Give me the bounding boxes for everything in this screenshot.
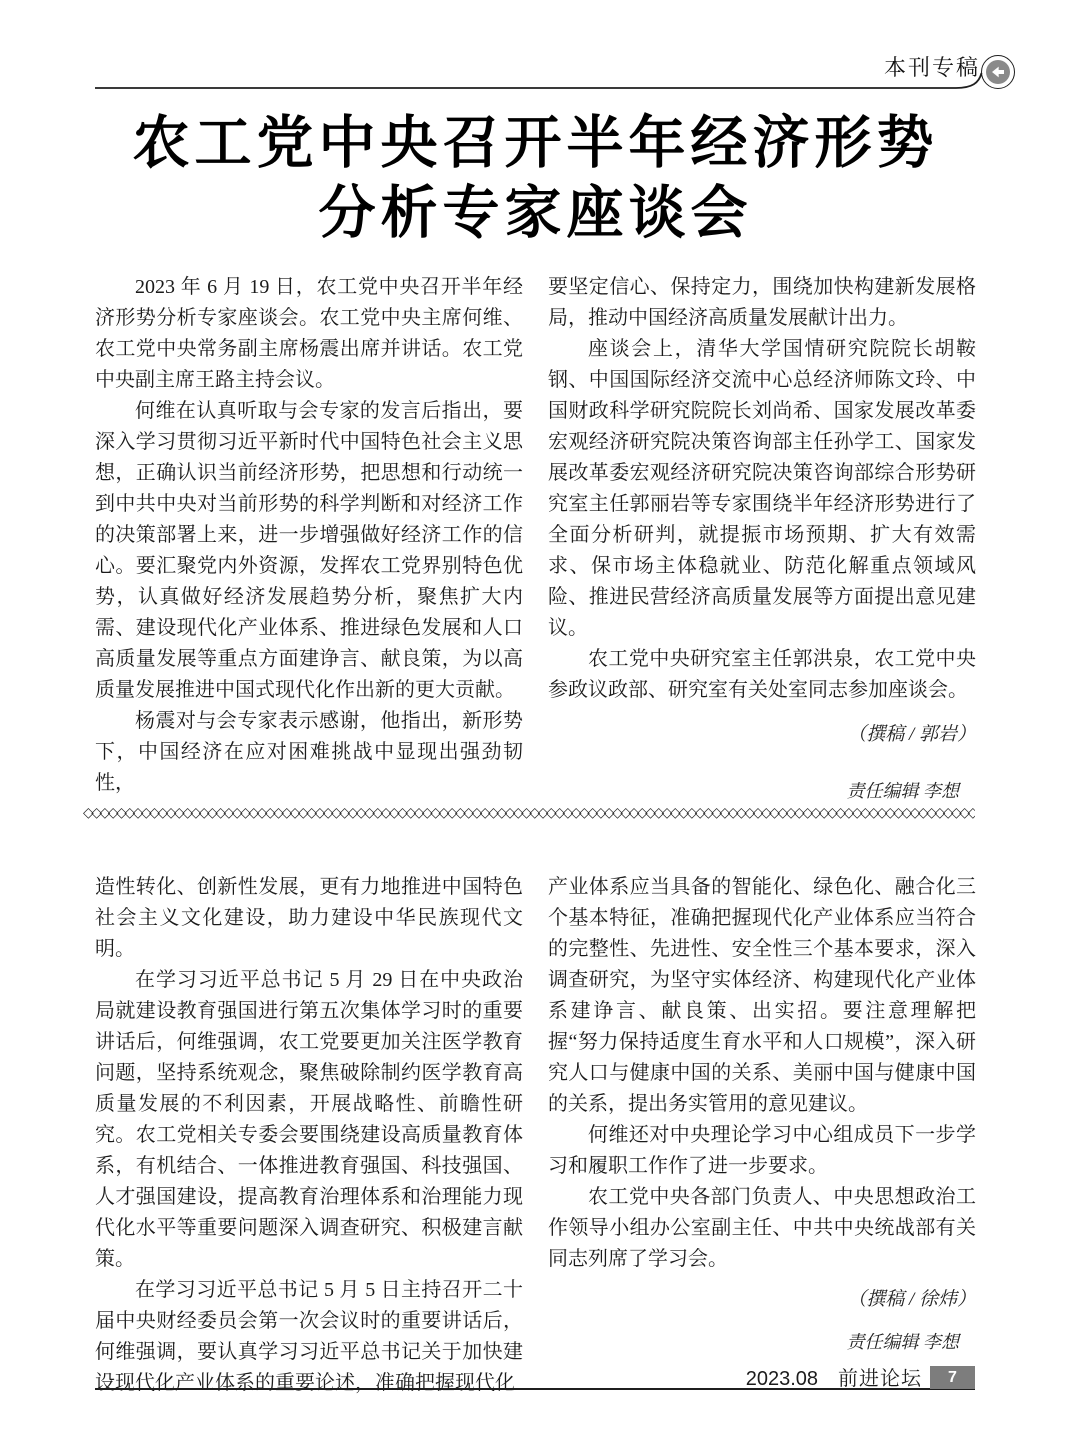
paragraph: 要坚定信心、保持定力，围绕加快构建新发展格局，推动中国经济高质量发展献计出力。	[548, 272, 976, 334]
back-arrow-icon-circle	[986, 60, 1010, 84]
paragraph: 在学习习近平总书记 5 月 29 日在中央政治局就建设教育强国进行第五次集体学习…	[95, 965, 523, 1275]
article-top-left-column: 2023 年 6 月 19 日，农工党中央召开半年经济形势分析专家座谈会。农工党…	[95, 272, 523, 806]
paragraph: 何维还对中央理论学习中心组成员下一步学习和履职工作作了进一步要求。	[548, 1120, 976, 1182]
article-title-line1: 农工党中央召开半年经济形势	[0, 108, 1071, 178]
article-title-line2: 分析专家座谈会	[0, 178, 1071, 248]
left-arrow-glyph	[990, 64, 1006, 80]
byline: （撰稿 / 徐炜）	[548, 1285, 976, 1315]
header-section-label: 本刊专稿	[884, 51, 980, 82]
footer-text: 2023.08前进论坛	[746, 1362, 922, 1391]
paragraph: 何维在认真听取与会专家的发言后指出，要深入学习贯彻习近平新时代中国特色社会主义思…	[95, 396, 523, 706]
paragraph: 座谈会上，清华大学国情研究院院长胡鞍钢、中国国际经济交流中心总经济师陈文玲、中国…	[548, 334, 976, 644]
paragraph: 产业体系应当具备的智能化、绿色化、融合化三个基本特征，准确把握现代化产业体系应当…	[548, 872, 976, 1120]
back-arrow-icon	[981, 55, 1015, 89]
byline: （撰稿 / 郭岩）	[548, 720, 976, 750]
paragraph: 在学习习近平总书记 5 月 5 日主持召开二十届中央财经委员会第一次会议时的重要…	[95, 1275, 523, 1399]
editor-credit: 责任编辑 李想	[548, 776, 976, 806]
paragraph: 农工党中央各部门负责人、中央思想政治工作领导小组办公室副主任、中共中央统战部有关…	[548, 1182, 976, 1275]
article-bottom-section: 造性转化、创新性发展，更有力地推进中国特色社会主义文化建设，助力建设中华民族现代…	[95, 872, 976, 1399]
paragraph: 2023 年 6 月 19 日，农工党中央召开半年经济形势分析专家座谈会。农工党…	[95, 272, 523, 396]
header-rule	[0, 0, 1071, 100]
footer-journal-name: 前进论坛	[838, 1368, 922, 1390]
section-divider: ◇◇◇◇◇◇◇◇◇◇◇◇◇◇◇◇◇◇◇◇◇◇◇◇◇◇◇◇◇◇◇◇◇◇◇◇◇◇◇◇…	[83, 803, 975, 823]
article-bottom-left-column: 造性转化、创新性发展，更有力地推进中国特色社会主义文化建设，助力建设中华民族现代…	[95, 872, 523, 1399]
article-top-section: 2023 年 6 月 19 日，农工党中央召开半年经济形势分析专家座谈会。农工党…	[95, 272, 976, 806]
article-title: 农工党中央召开半年经济形势 分析专家座谈会	[0, 108, 1071, 248]
footer-issue: 2023.08	[746, 1368, 818, 1390]
magazine-page: 本刊专稿 农工党中央召开半年经济形势 分析专家座谈会 2023 年 6 月 19…	[0, 0, 1071, 1454]
paragraph: 农工党中央研究室主任郭洪泉，农工党中央参政议政部、研究室有关处室同志参加座谈会。	[548, 644, 976, 706]
article-top-right-paragraphs: 要坚定信心、保持定力，围绕加快构建新发展格局，推动中国经济高质量发展献计出力。座…	[548, 272, 976, 706]
editor-credit: 责任编辑 李想	[548, 1327, 976, 1357]
article-bottom-right-column: 产业体系应当具备的智能化、绿色化、融合化三个基本特征，准确把握现代化产业体系应当…	[548, 872, 976, 1399]
article-top-right-column: 要坚定信心、保持定力，围绕加快构建新发展格局，推动中国经济高质量发展献计出力。座…	[548, 272, 976, 806]
paragraph: 造性转化、创新性发展，更有力地推进中国特色社会主义文化建设，助力建设中华民族现代…	[95, 872, 523, 965]
page-number-badge: 7	[930, 1366, 975, 1389]
paragraph: 杨震对与会专家表示感谢，他指出，新形势下，中国经济在应对困难挑战中显现出强劲韧性…	[95, 706, 523, 799]
article-bottom-right-paragraphs: 产业体系应当具备的智能化、绿色化、融合化三个基本特征，准确把握现代化产业体系应当…	[548, 872, 976, 1275]
